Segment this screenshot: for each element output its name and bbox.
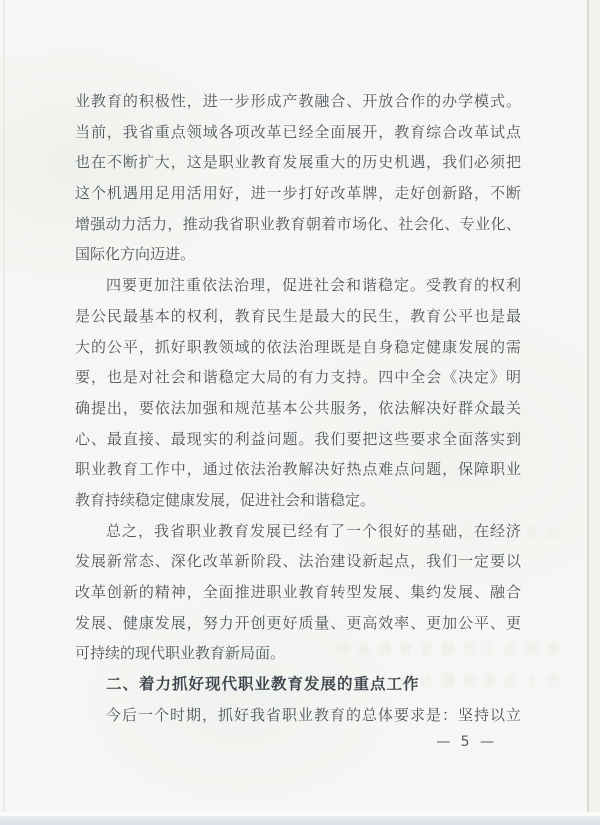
text-line: 四要更加注重依法治理，促进社会和谐稳定。受教育的权利 <box>75 270 521 301</box>
page-number: — 5 — <box>436 734 497 750</box>
text-line: 职业教育工作中，通过依法治教解决好热点难点问题，保障职业 <box>75 454 521 485</box>
text-line: 业教育的积极性，进一步形成产教融合、开放合作的办学模式。 <box>75 86 521 117</box>
text-line: 教育持续稳定健康发展，促进社会和谐稳定。 <box>75 485 521 516</box>
text-line: 确提出，要依法加强和规范基本公共服务，依法解决好群众最关 <box>75 393 521 424</box>
page-left-edge <box>3 0 5 816</box>
page-right-edge-strip <box>589 0 600 816</box>
text-line: 大的公平，抓好职教领域的依法治理既是自身稳定健康发展的需 <box>75 332 521 363</box>
text-line: 发展、健康发展，努力开创更好质量、更高效率、更加公平、更 <box>75 608 521 639</box>
text-line: 国际化方向迈进。 <box>75 239 521 270</box>
text-block: 业教育的积极性，进一步形成产教融合、开放合作的办学模式。当前，我省重点领域各项改… <box>75 86 521 730</box>
text-line: 总之，我省职业教育发展已经有了一个很好的基础，在经济 <box>75 516 521 547</box>
section-heading: 二、着力抓好现代职业教育发展的重点工作 <box>75 669 521 700</box>
text-line: 今后一个时期，抓好我省职业教育的总体要求是：坚持以立 <box>75 700 521 731</box>
text-line: 这个机遇用足用活用好，进一步打好改革牌，走好创新路，不断 <box>75 178 521 209</box>
text-line: 改革创新的精神，全面推进职业教育转型发展、集约发展、融合 <box>75 577 521 608</box>
text-line: 发展新常态、深化改革新阶段、法治建设新起点，我们一定要以 <box>75 546 521 577</box>
text-line: 心、最直接、最现实的利益问题。我们要把这些要求全面落实到 <box>75 424 521 455</box>
scanned-document-page: 要重点工作展发育教业职 作工点重好抓力着 展发济经在 业教育的积极性，进一步形成… <box>0 0 600 825</box>
text-line: 是公民最基本的权利，教育民生是最大的民生，教育公平也是最 <box>75 301 521 332</box>
page-bottom-edge-band <box>0 816 600 825</box>
text-line: 增强动力活力，推动我省职业教育朝着市场化、社会化、专业化、 <box>75 209 521 240</box>
text-line: 要，也是对社会和谐稳定大局的有力支持。四中全会《决定》明 <box>75 362 521 393</box>
text-line: 可持续的现代职业教育新局面。 <box>75 638 521 669</box>
text-line: 当前，我省重点领域各项改革已经全面展开，教育综合改革试点 <box>75 117 521 148</box>
text-line: 也在不断扩大，这是职业教育发展重大的历史机遇，我们必须把 <box>75 147 521 178</box>
